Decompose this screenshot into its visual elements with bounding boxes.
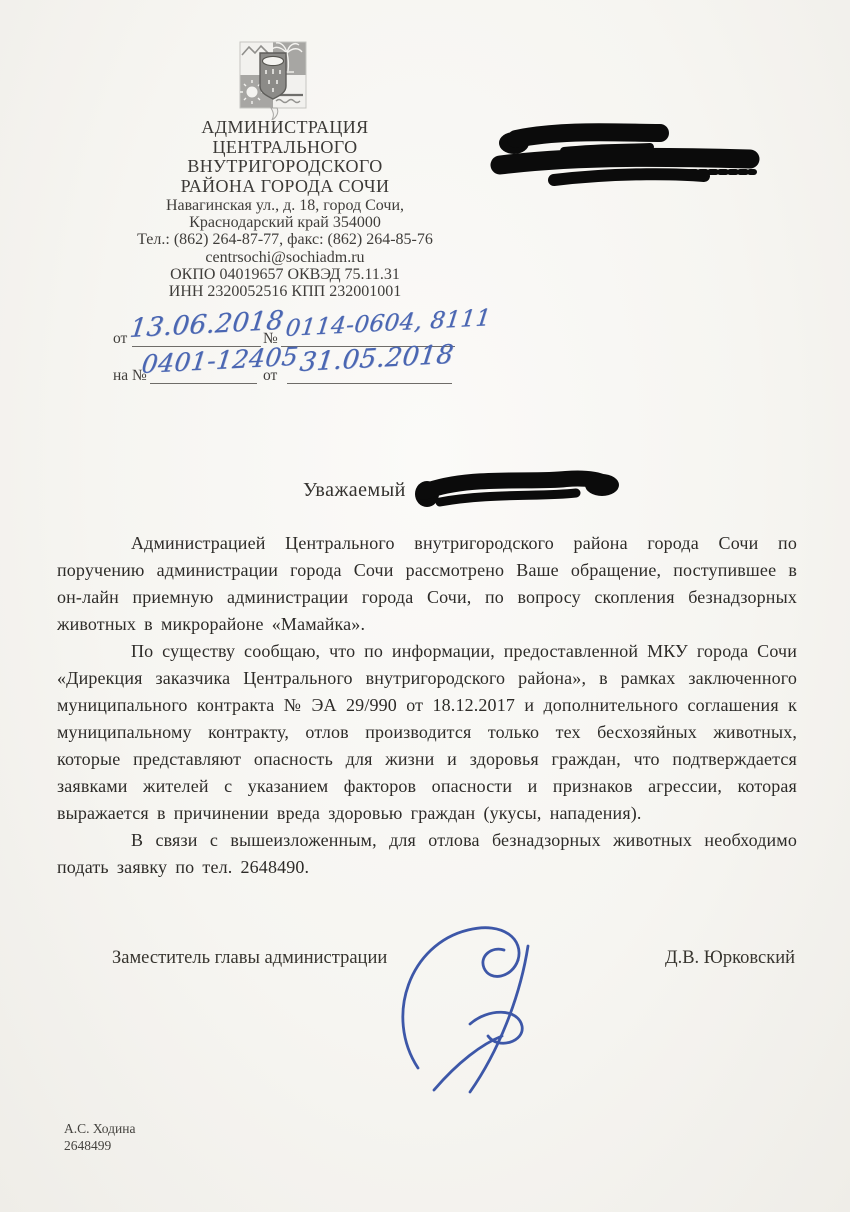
organization-details: Навагинская ул., д. 18, город Сочи, Крас…	[60, 197, 510, 300]
org-phone-line: Тел.: (862) 264-87-77, факс: (862) 264-8…	[60, 231, 510, 248]
org-address-line: Краснодарский край 354000	[60, 214, 510, 231]
executor-phone: 2648499	[64, 1137, 135, 1154]
signer-title: Заместитель главы администрации	[112, 948, 387, 969]
org-okpo-line: ОКПО 04019657 ОКВЭД 75.11.31	[60, 266, 510, 283]
letter-body: Администрацией Центрального внутригородс…	[57, 530, 797, 881]
organization-name: АДМИНИСТРАЦИЯ ЦЕНТРАЛЬНОГО ВНУТРИГОРОДСК…	[85, 118, 485, 196]
salutation-line: Уважаемый	[303, 479, 406, 502]
org-address-line: Навагинская ул., д. 18, город Сочи,	[60, 197, 510, 214]
executor-footer: А.С. Ходина 2648499	[64, 1120, 135, 1154]
org-name-line: ЦЕНТРАЛЬНОГО	[85, 138, 485, 158]
org-name-line: РАЙОНА ГОРОДА СОЧИ	[85, 177, 485, 197]
salutation-prefix: Уважаемый	[303, 479, 406, 501]
ref-from-label: от	[113, 330, 127, 348]
redacted-recipient-name	[408, 462, 623, 510]
scanned-letter-page: АДМИНИСТРАЦИЯ ЦЕНТРАЛЬНОГО ВНУТРИГОРОДСК…	[0, 0, 850, 1212]
handwritten-outgoing-date: 13.06.2018	[128, 306, 285, 344]
paragraph-3: В связи с вышеизложенным, для отлова без…	[57, 827, 797, 881]
signer-name: Д.В. Юрковский	[665, 948, 795, 969]
paragraph-1: Администрацией Центрального внутригородс…	[57, 530, 797, 638]
executor-name: А.С. Ходина	[64, 1120, 135, 1137]
org-email-line: centrsochi@sochiadm.ru	[60, 249, 510, 266]
handwritten-outgoing-number: 0114-0604, 8111	[284, 305, 492, 342]
org-name-line: ВНУТРИГОРОДСКОГО	[85, 157, 485, 177]
redacted-recipient-block	[490, 122, 780, 202]
org-inn-line: ИНН 2320052516 КПП 232001001	[60, 283, 510, 300]
org-name-line: АДМИНИСТРАЦИЯ	[85, 118, 485, 138]
paragraph-2: По существу сообщаю, что по информации, …	[57, 638, 797, 827]
fountain-shield-glyph	[260, 53, 286, 99]
handwritten-signature	[382, 920, 572, 1095]
sochi-coat-of-arms-emblem	[236, 40, 310, 120]
